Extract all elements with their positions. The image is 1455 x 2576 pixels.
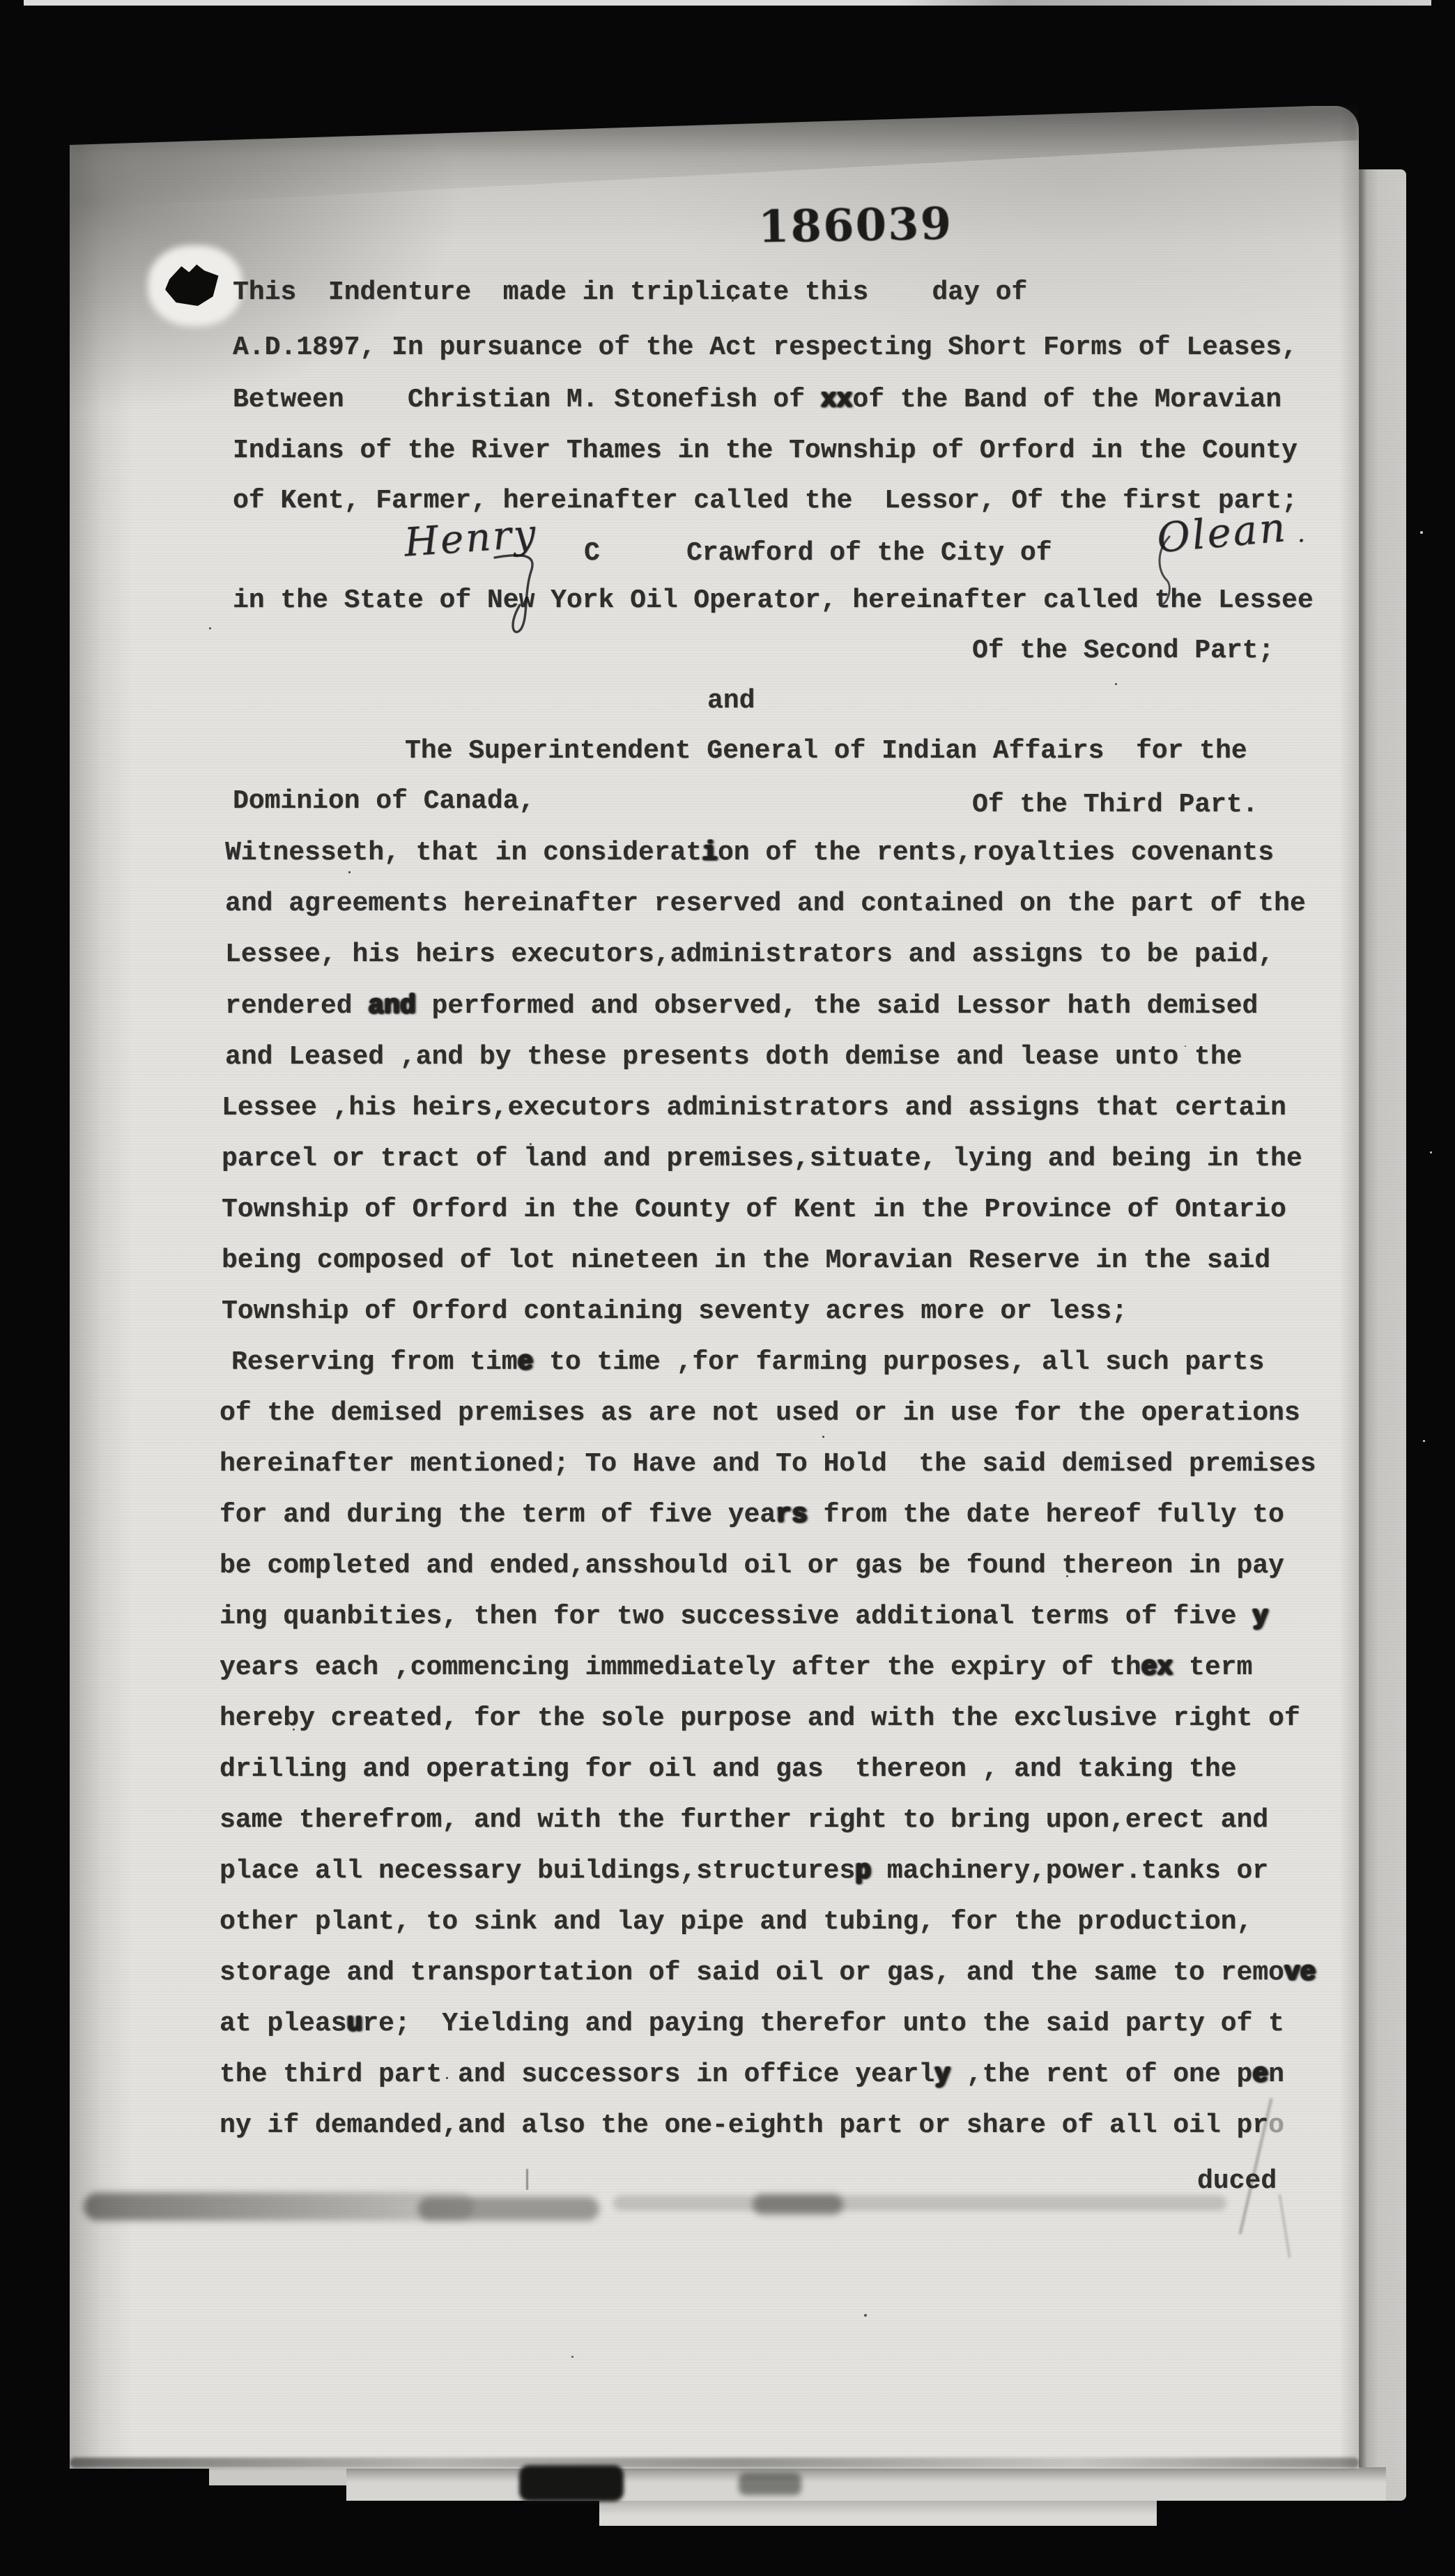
text-run: hereinafter mentioned; To Have and To Ho…: [220, 1449, 1316, 1479]
text-run: and: [368, 991, 415, 1021]
margin-speck: [1430, 1151, 1432, 1153]
paper-speck: [530, 1143, 532, 1145]
paper-speck: [571, 2356, 573, 2358]
document-line: of Kent, Farmer, hereinafter called the …: [233, 488, 1298, 514]
text-run: of the demised premises as are not used …: [220, 1398, 1300, 1428]
document-line: Indians of the River Thames in the Towns…: [233, 438, 1298, 464]
document-line: and Leased ,and by these presents doth d…: [225, 1044, 1242, 1071]
text-run: y: [1252, 1602, 1268, 1632]
paper-speck: [1066, 1575, 1068, 1577]
text-run: ny if demanded,and also the one-eighth p…: [220, 2110, 1268, 2140]
text-run: and agreements hereinafter reserved and …: [225, 889, 1306, 919]
paper-speck: [864, 2314, 867, 2317]
document-line: Lessee ,his heirs,executors administrato…: [222, 1095, 1286, 1121]
margin-speck: [1423, 1440, 1425, 1442]
text-run: at pleas: [220, 2009, 346, 2039]
document-line: Township of Orford in the County of Kent…: [222, 1197, 1286, 1223]
document-line: and agreements hereinafter reserved and …: [225, 891, 1306, 917]
document-line: duced: [1197, 2168, 1277, 2195]
text-run: and: [707, 686, 755, 716]
text-run: term: [1173, 1653, 1252, 1682]
text-run: .: [1298, 520, 1307, 548]
text-run: ve: [1284, 1958, 1316, 1988]
text-run: Township of Orford in the County of Kent…: [222, 1195, 1286, 1225]
text-run: performed and observed, the said Lessor …: [416, 991, 1258, 1021]
document-line: Crawford of the City of: [686, 540, 1052, 567]
document-line: Between Christian M. Stonefish of xxof t…: [233, 387, 1281, 413]
document-line: A.D.1897, In pursuance of the Act respec…: [233, 335, 1298, 361]
text-run: xx: [821, 385, 853, 415]
text-run: same therefrom, and with the further rig…: [220, 1805, 1268, 1835]
document-line: drilling and operating for oil and gas t…: [220, 1756, 1236, 1783]
paper-speck: [293, 1728, 295, 1731]
document-line: at pleasure; Yielding and paying therefo…: [220, 2011, 1284, 2037]
text-run: Lessee ,his heirs,executors administrato…: [222, 1093, 1286, 1123]
document-line: being composed of lot nineteen in the Mo…: [222, 1248, 1270, 1274]
document-line: be completed and ended,ansshould oil or …: [220, 1553, 1284, 1579]
text-run: on of the rents,royalties covenants: [718, 838, 1274, 868]
text-run: Township of Orford containing seventy ac…: [222, 1296, 1127, 1326]
document-line: other plant, to sink and lay pipe and tu…: [220, 1909, 1252, 1935]
text-run: to time ,for farming purposes, all such …: [533, 1347, 1264, 1377]
document-line: parcel or tract of land and premises,sit…: [222, 1146, 1302, 1172]
document-line: Reserving from time to time ,for farming…: [231, 1349, 1264, 1376]
text-run: Crawford of the City of: [686, 538, 1052, 568]
document-line: Dominion of Canada,: [233, 788, 534, 815]
document-line: Township of Orford containing seventy ac…: [222, 1298, 1127, 1325]
document-line: of the demised premises as are not used …: [220, 1400, 1300, 1427]
text-run: rendered: [225, 991, 368, 1021]
paper-speck: [348, 871, 351, 873]
text-run: A.D.1897, In pursuance of the Act respec…: [233, 332, 1298, 362]
text-run: parcel or tract of land and premises,sit…: [222, 1144, 1302, 1174]
text-run: for and during the term of five yea: [220, 1500, 776, 1530]
text-run: y: [934, 2060, 950, 2090]
document-line: rendered and performed and observed, the…: [225, 993, 1258, 1020]
text-run: rs: [776, 1500, 808, 1530]
text-run: re; Yielding and paying therefor unto th…: [362, 2009, 1284, 2039]
text-run: other plant, to sink and lay pipe and tu…: [220, 1907, 1252, 1937]
document-line: ny if demanded,and also the one-eighth p…: [220, 2113, 1284, 2139]
document-line: .: [1298, 522, 1307, 546]
text-run: of the Band of the Moravian: [852, 385, 1281, 415]
text-run: hereby created, for the sole purpose and…: [220, 1703, 1300, 1733]
text-run: ,the rent of one p: [950, 2060, 1252, 2090]
text-run: years each ,commencing immmediately afte…: [220, 1653, 1141, 1682]
text-run: storage and transportation of said oil o…: [220, 1958, 1284, 1988]
scan-root: { "page": { "background_color": "#070707…: [0, 0, 1455, 2576]
text-run: from the date hereof fully to: [808, 1500, 1284, 1530]
document-line: hereinafter mentioned; To Have and To Ho…: [220, 1451, 1316, 1478]
text-run: and Leased ,and by these presents doth d…: [225, 1042, 1242, 1072]
text-run: This Indenture made in triplicate this d…: [233, 277, 1027, 307]
document-line: Of the Second Part;: [972, 638, 1274, 664]
paper-speck: [732, 300, 734, 302]
margin-speck: [1420, 531, 1423, 534]
paper-speck: [1115, 683, 1117, 685]
document-line: Witnesseth, that in consideration of the…: [225, 840, 1274, 866]
document-line: same therefrom, and with the further rig…: [220, 1807, 1268, 1834]
text-run: e: [517, 1347, 533, 1377]
text-run: e: [1252, 2060, 1268, 2090]
text-run: duced: [1197, 2166, 1277, 2196]
text-run: p: [855, 1856, 871, 1886]
text-run: C: [584, 538, 600, 568]
text-run: The Superintendent General of Indian Aff…: [405, 736, 1247, 766]
text-run: Between Christian M. Stonefish of: [233, 385, 821, 415]
text-run: Indians of the River Thames in the Towns…: [233, 436, 1298, 466]
document-line: Of the Third Part.: [972, 792, 1258, 818]
text-run: place all necessary buildings,structures: [220, 1856, 855, 1886]
document-line: Lessee, his heirs executors,administrato…: [225, 942, 1274, 968]
text-layer: This Indenture made in triplicate this d…: [0, 0, 1455, 2576]
text-run: drilling and operating for oil and gas t…: [220, 1754, 1236, 1784]
paper-speck: [822, 1436, 824, 1438]
document-line: hereby created, for the sole purpose and…: [220, 1705, 1300, 1732]
henry-descender-stroke: [488, 551, 571, 641]
text-run: the third part and successors in office …: [220, 2060, 934, 2090]
document-line: The Superintendent General of Indian Aff…: [405, 738, 1247, 765]
text-run: machinery,power.tanks or: [871, 1856, 1268, 1886]
text-run: Of the Second Part;: [972, 636, 1274, 666]
text-run: u: [346, 2009, 362, 2039]
text-run: being composed of lot nineteen in the Mo…: [222, 1245, 1270, 1275]
text-run: Reserving from tim: [231, 1347, 517, 1377]
text-run: Lessee, his heirs executors,administrato…: [225, 940, 1274, 969]
document-line: This Indenture made in triplicate this d…: [233, 279, 1027, 306]
text-run: i: [702, 838, 718, 868]
text-run: Dominion of Canada,: [233, 786, 534, 816]
paper-speck: [683, 1882, 685, 1884]
text-run: of Kent, Farmer, hereinafter called the …: [233, 486, 1298, 516]
paper-speck: [446, 2077, 448, 2079]
paper-speck: [209, 627, 211, 629]
document-line: years each ,commencing immmediately afte…: [220, 1655, 1252, 1681]
document-line: the third part and successors in office …: [220, 2062, 1284, 2088]
document-line: and: [707, 688, 755, 714]
text-run: ing quanbities, then for two successive …: [220, 1602, 1252, 1632]
text-run: n: [1268, 2060, 1284, 2090]
text-run: Witnesseth, that in considerat: [225, 838, 702, 868]
document-line: place all necessary buildings,structures…: [220, 1858, 1268, 1885]
text-run: o: [1268, 2110, 1284, 2140]
document-line: storage and transportation of said oil o…: [220, 1960, 1316, 1986]
olean-flourish-stroke: [1148, 531, 1204, 608]
document-line: ing quanbities, then for two successive …: [220, 1604, 1268, 1630]
text-run: ex: [1141, 1653, 1173, 1682]
paper-speck: [1185, 1045, 1186, 1047]
document-line: C: [584, 540, 600, 567]
document-line: for and during the term of five years fr…: [220, 1502, 1284, 1528]
text-run: be completed and ended,ansshould oil or …: [220, 1551, 1284, 1581]
text-run: Of the Third Part.: [972, 790, 1258, 820]
